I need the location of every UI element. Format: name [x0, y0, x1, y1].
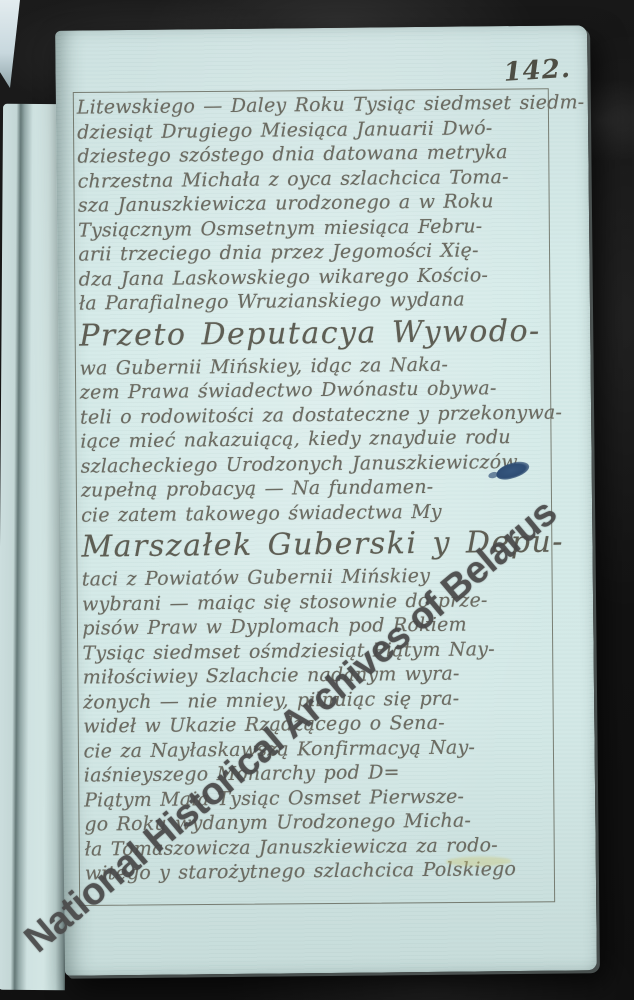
page-number: 142.	[503, 56, 574, 86]
manuscript-line: dza Jana Laskowskiego wikarego Kościo-	[79, 262, 555, 291]
manuscript-text: Litewskiego — Daley Roku Tysiąc siedmset…	[77, 91, 561, 886]
manuscript-line: szlacheckiego Urodzonych Januszkiewiczów	[81, 449, 557, 478]
manuscript-line: Przeto Deputacya Wywodo-	[79, 311, 555, 356]
manuscript-line: Tysiąc siedmset ośmdziesiąt Piątym Nay-	[82, 636, 558, 665]
scanned-document-photo: 142. Litewskiego — Daley Roku Tysiąc sie…	[0, 0, 634, 1000]
manuscript-line: sza Januszkiewicza urodzonego a w Roku	[78, 189, 554, 218]
manuscript-line: wybrani — maiąc się stosownie do prze-	[82, 587, 558, 616]
